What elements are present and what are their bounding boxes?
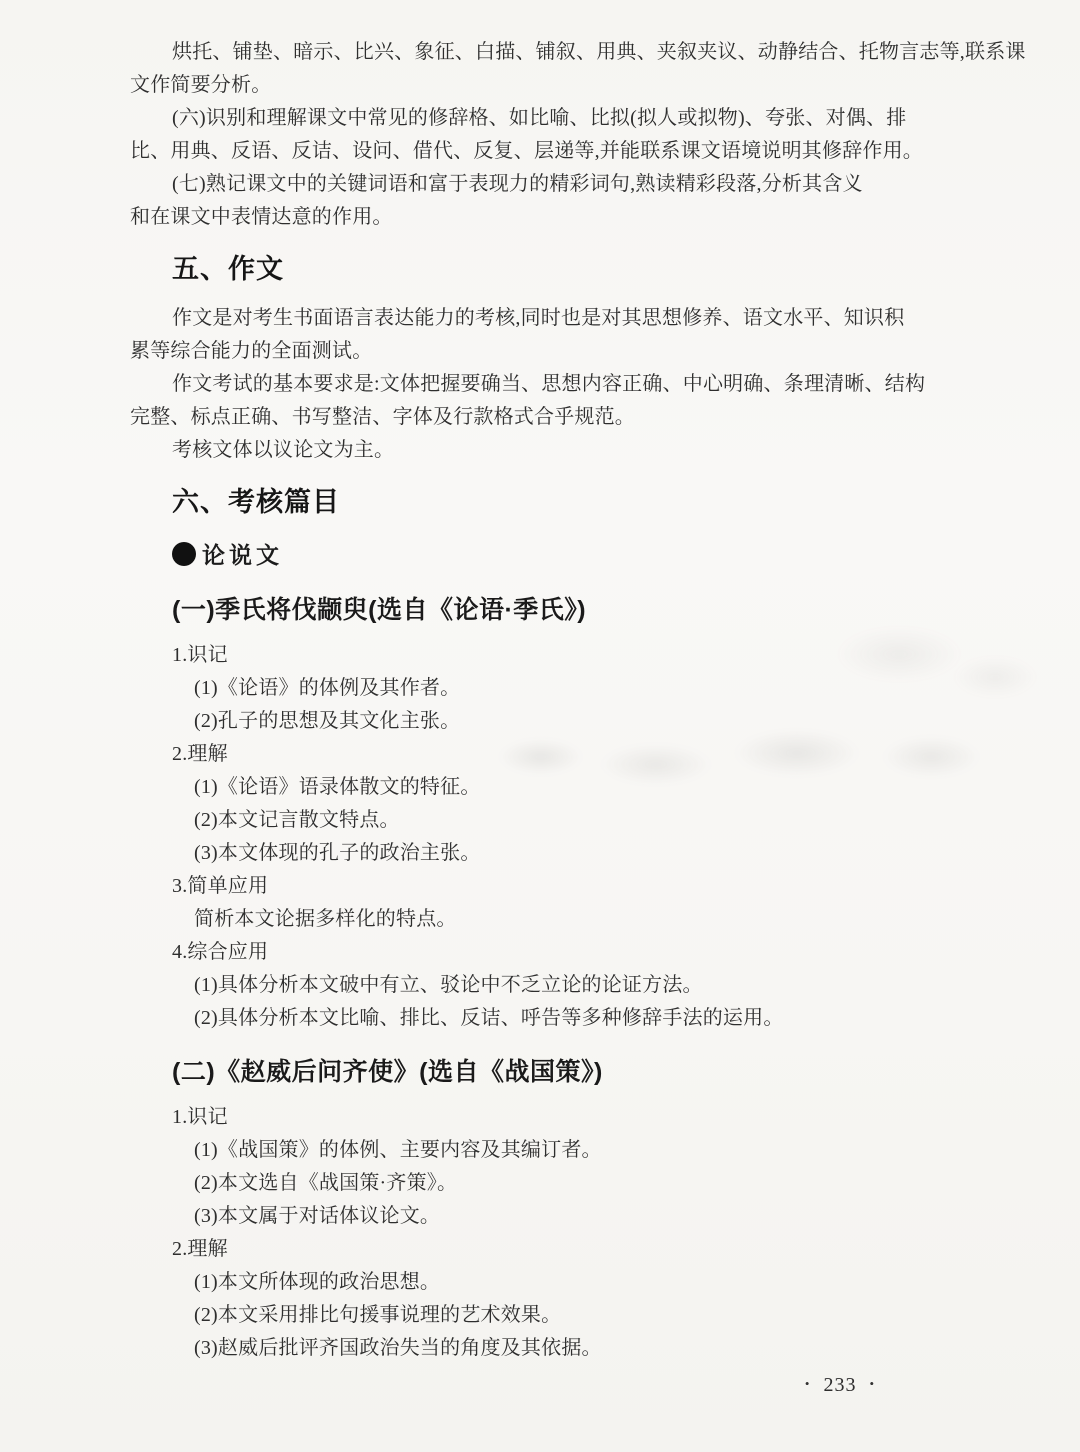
- list-level2-item: (2)本文采用排比句援事说理的艺术效果。: [194, 1299, 952, 1332]
- footer-dot-left-icon: •: [805, 1376, 811, 1391]
- list-level2-item: (3)本文体现的孔子的政治主张。: [194, 837, 952, 870]
- list-level2-item: (1)具体分析本文破中有立、驳论中不乏立论的论证方法。: [194, 969, 952, 1002]
- section-heading-exam-texts: 六、考核篇目: [172, 483, 952, 521]
- list-level1-item: 1.识记: [172, 639, 952, 672]
- genre-bullet-line: 论说文: [172, 539, 952, 573]
- list-level2-item: (1)《论语》语录体散文的特征。: [194, 771, 952, 804]
- paragraph-line: 烘托、铺垫、暗示、比兴、象征、白描、铺叙、用典、夹叙夹议、动静结合、托物言志等,…: [172, 36, 952, 69]
- list-level2-item: (3)本文属于对话体议论文。: [194, 1200, 952, 1233]
- paragraph-line: 文作简要分析。: [130, 69, 952, 102]
- list-level2-item: (3)赵威后批评齐国政治失当的角度及其依据。: [194, 1332, 952, 1365]
- paragraph-line: 完整、标点正确、书写整洁、字体及行款格式合乎规范。: [130, 401, 952, 434]
- article-heading-2: (二)《赵威后问齐使》(选自《战国策》): [172, 1054, 952, 1090]
- paragraph-line: 和在课文中表情达意的作用。: [130, 201, 952, 234]
- paragraph-line: (七)熟记课文中的关键词语和富于表现力的精彩词句,熟读精彩段落,分析其含义: [172, 168, 952, 201]
- list-level2-item: (2)孔子的思想及其文化主张。: [194, 705, 952, 738]
- list-level2-item: (2)本文选自《战国策·齐策》。: [194, 1167, 952, 1200]
- paragraph-line: 作文考试的基本要求是:文体把握要确当、思想内容正确、中心明确、条理清晰、结构: [172, 368, 952, 401]
- content: 烘托、铺垫、暗示、比兴、象征、白描、铺叙、用典、夹叙夹议、动静结合、托物言志等,…: [130, 36, 952, 1365]
- list-level1-item: 2.理解: [172, 738, 952, 771]
- list-level1-item: 1.识记: [172, 1101, 952, 1134]
- paragraph-line: 作文是对考生书面语言表达能力的考核,同时也是对其思想修养、语文水平、知识积: [172, 302, 952, 335]
- paragraph-line: 比、用典、反语、反诘、设问、借代、反复、层递等,并能联系课文语境说明其修辞作用。: [130, 135, 952, 168]
- paragraph-line: (六)识别和理解课文中常见的修辞格、如比喻、比拟(拟人或拟物)、夸张、对偶、排: [172, 102, 952, 135]
- list-level2-item: (1)《战国策》的体例、主要内容及其编订者。: [194, 1134, 952, 1167]
- list-level2-item: 简析本文论据多样化的特点。: [194, 903, 952, 936]
- list-level1-item: 2.理解: [172, 1233, 952, 1266]
- paragraph-line: 累等综合能力的全面测试。: [130, 335, 952, 368]
- list-level1-item: 3.简单应用: [172, 870, 952, 903]
- article-heading-1: (一)季氏将伐颛臾(选自《论语·季氏》): [172, 592, 952, 628]
- footer-dot-right-icon: •: [869, 1376, 875, 1391]
- list-level2-item: (2)本文记言散文特点。: [194, 804, 952, 837]
- genre-label: 论说文: [202, 543, 283, 568]
- list-level2-item: (1)本文所体现的政治思想。: [194, 1266, 952, 1299]
- list-level2-item: (2)具体分析本文比喻、排比、反诘、呼告等多种修辞手法的运用。: [194, 1002, 952, 1035]
- list-level1-item: 4.综合应用: [172, 936, 952, 969]
- document-page: 烘托、铺垫、暗示、比兴、象征、白描、铺叙、用典、夹叙夹议、动静结合、托物言志等,…: [0, 0, 1080, 1452]
- list-level2-item: (1)《论语》的体例及其作者。: [194, 672, 952, 705]
- page-number: 233: [823, 1374, 856, 1396]
- paragraph-line: 考核文体以议论文为主。: [172, 434, 952, 467]
- filled-circle-bullet-icon: [172, 542, 196, 566]
- page-number-footer: •233•: [792, 1374, 888, 1397]
- section-heading-writing: 五、作文: [172, 250, 952, 288]
